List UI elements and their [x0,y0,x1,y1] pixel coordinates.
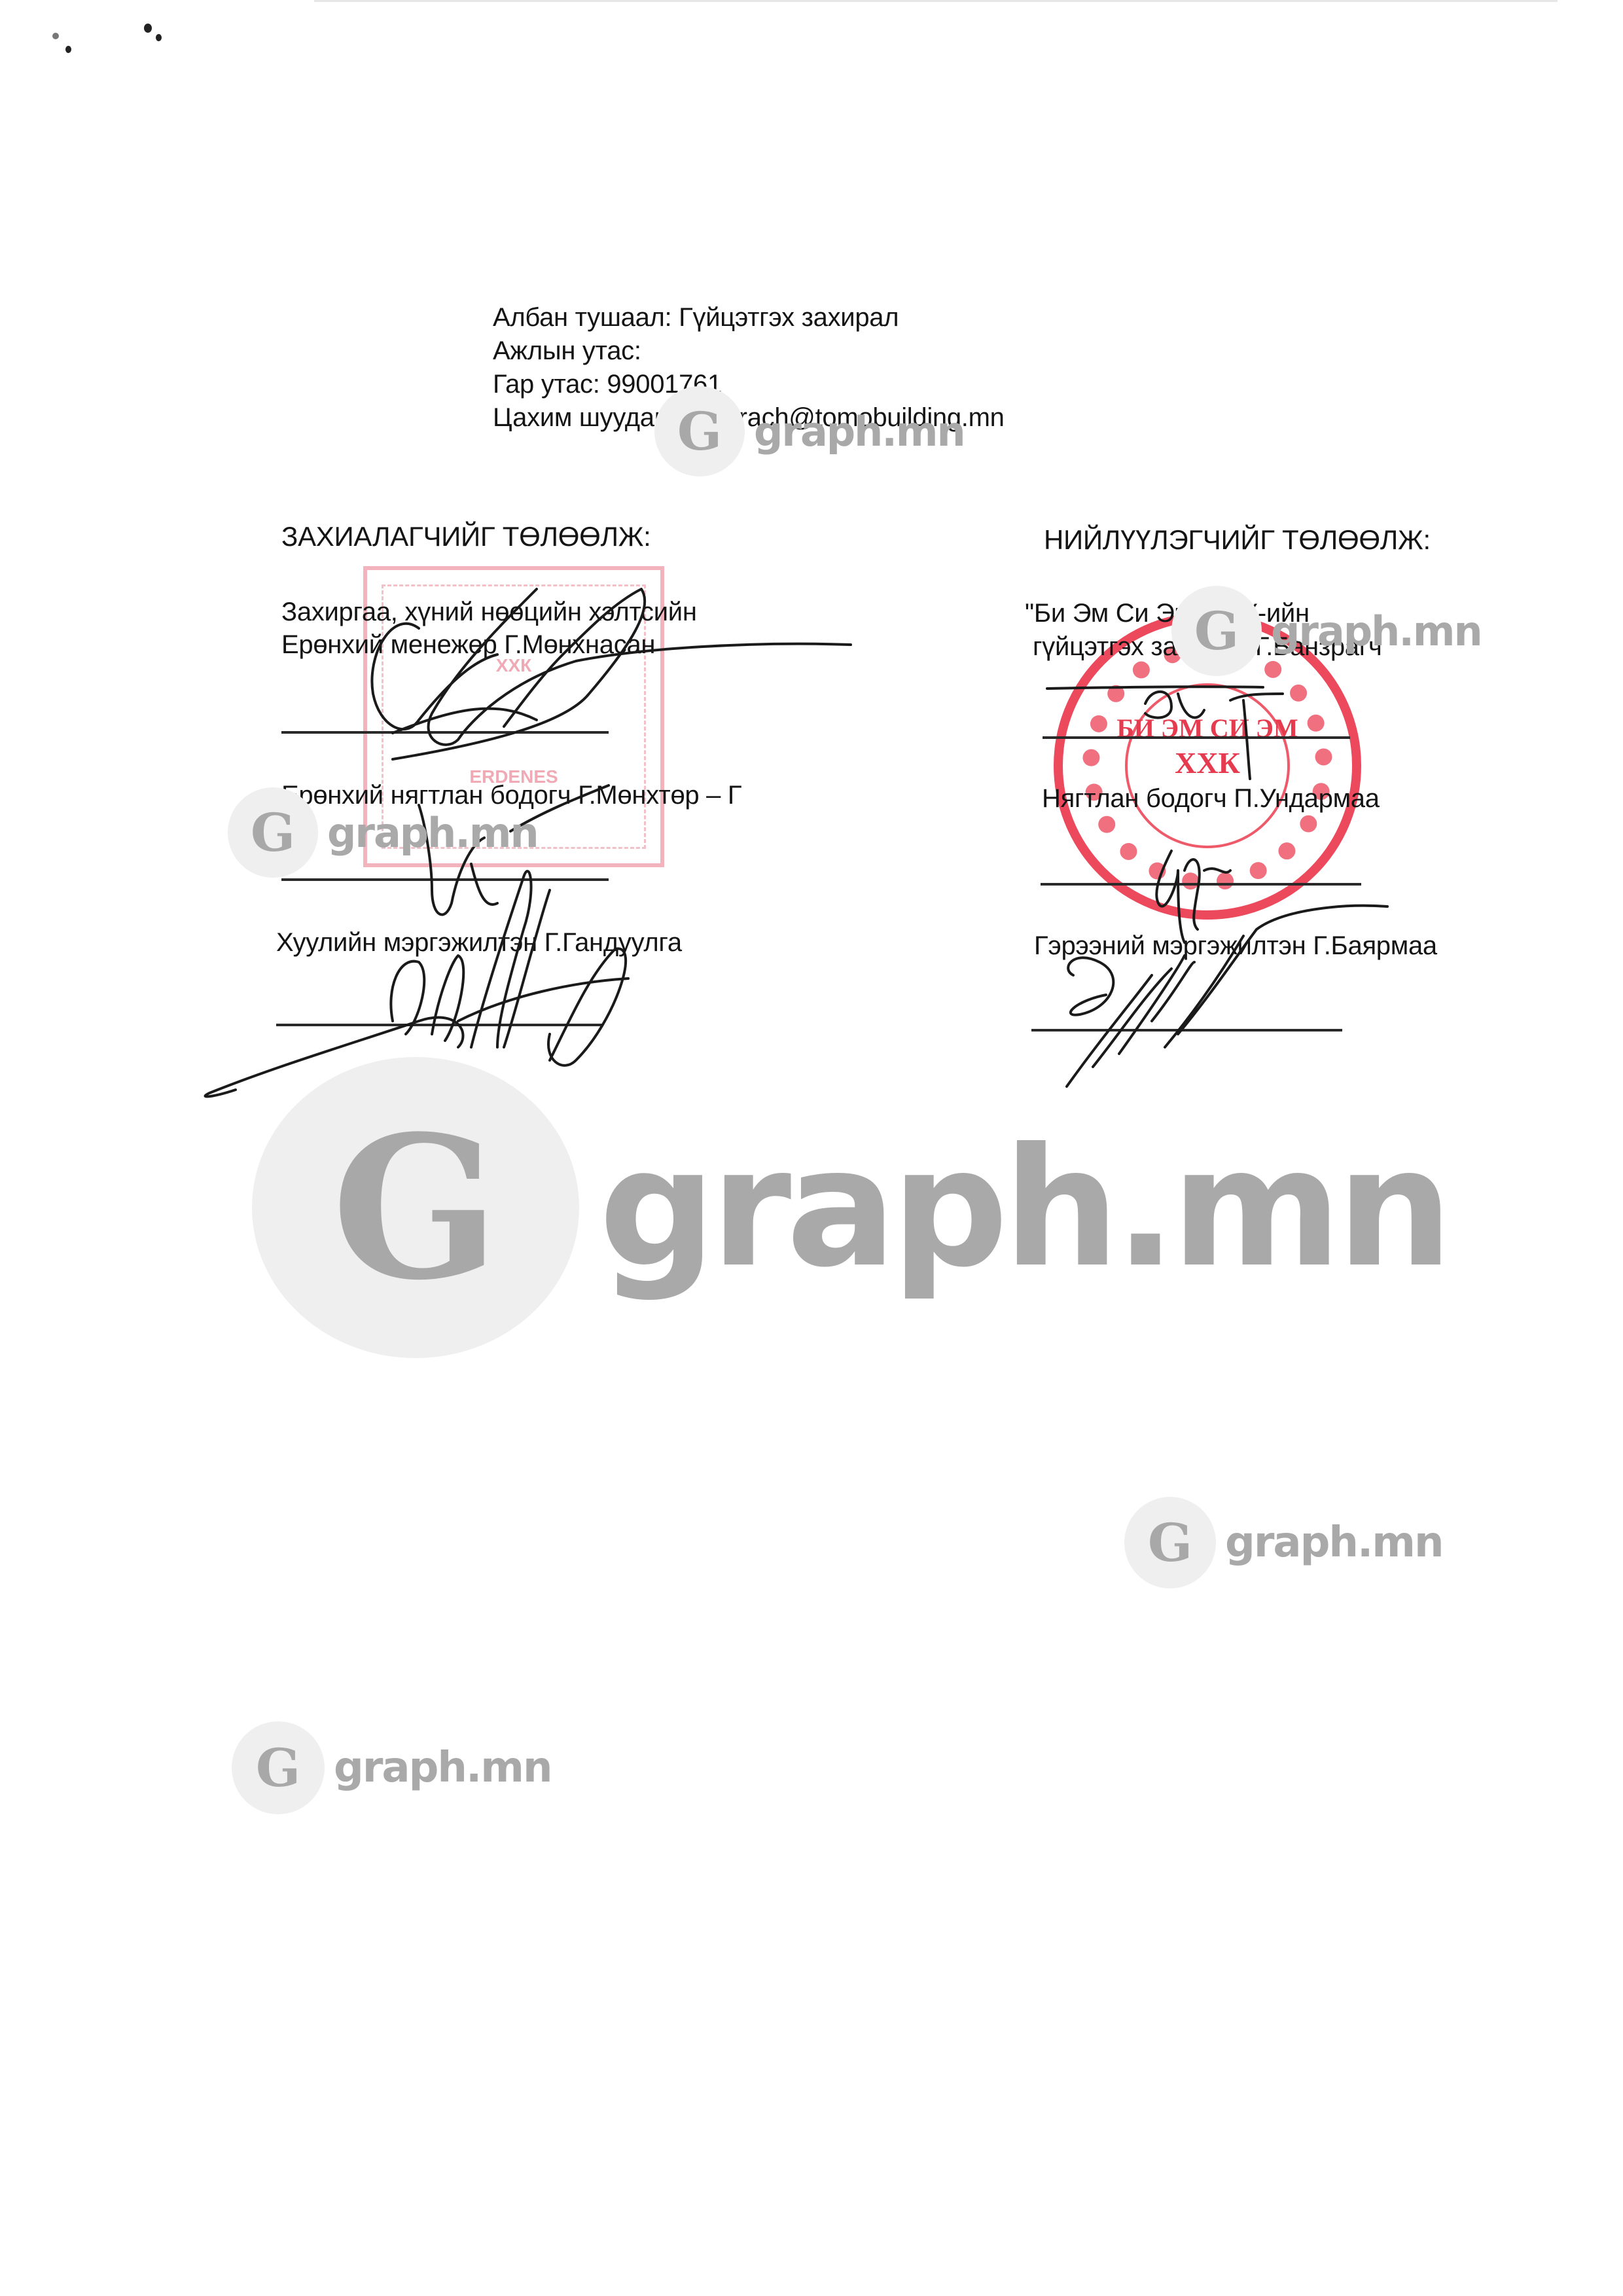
watermark: G graph.mn [232,1721,552,1814]
watermark-large: G graph.mn [252,1057,1448,1358]
work-phone-line: Ажлын утас: [493,334,641,367]
signature-line [1043,736,1350,739]
watermark-logo-icon: G [251,802,295,863]
contractor-heading: НИЙЛҮҮЛЭГЧИЙГ ТӨЛӨӨЛЖ: [1044,524,1431,556]
watermark: G graph.mn [228,787,538,878]
watermark: G graph.mn [1171,586,1482,676]
watermark: G graph.mn [1124,1497,1443,1588]
customer-heading: ЗАХИАЛАГЧИЙГ ТӨЛӨӨЛЖ: [281,520,651,553]
scan-speck [65,46,71,53]
signature-line [276,1024,603,1026]
watermark-logo-icon: G [1148,1512,1192,1573]
scan-speck [144,24,152,33]
customer-signatory-1-line-2: Ерөнхий менежер Г.Мөнхнасан [281,628,655,661]
signature-line [1041,883,1361,886]
signature-line [1031,1029,1342,1031]
watermark: G graph.mn [654,386,965,476]
watermark-logo-icon: G [256,1737,300,1799]
customer-signatory-1-line-1: Захиргаа, хүний нөөцийн хэлтсийн [281,596,697,628]
customer-signatory-3: Хуулийн мэргэжилтэн Г.Гандуулга [276,926,682,959]
scan-speck [156,34,162,41]
contractor-signatory-3: Гэрээний мэргэжилтэн Г.Баярмаа [1034,929,1437,962]
watermark-logo-icon: G [1194,600,1239,662]
watermark-logo-icon: G [332,1092,499,1323]
scan-speck [52,33,59,39]
watermark-logo-icon: G [677,401,722,462]
signature-line [281,878,609,881]
scan-edge-line [314,0,1558,2]
position-line: Албан тушаал: Гүйцэтгэх захирал [493,301,899,334]
signature-line [281,731,609,734]
contractor-signatory-2: Нягтлан бодогч П.Ундармаа [1042,782,1380,815]
